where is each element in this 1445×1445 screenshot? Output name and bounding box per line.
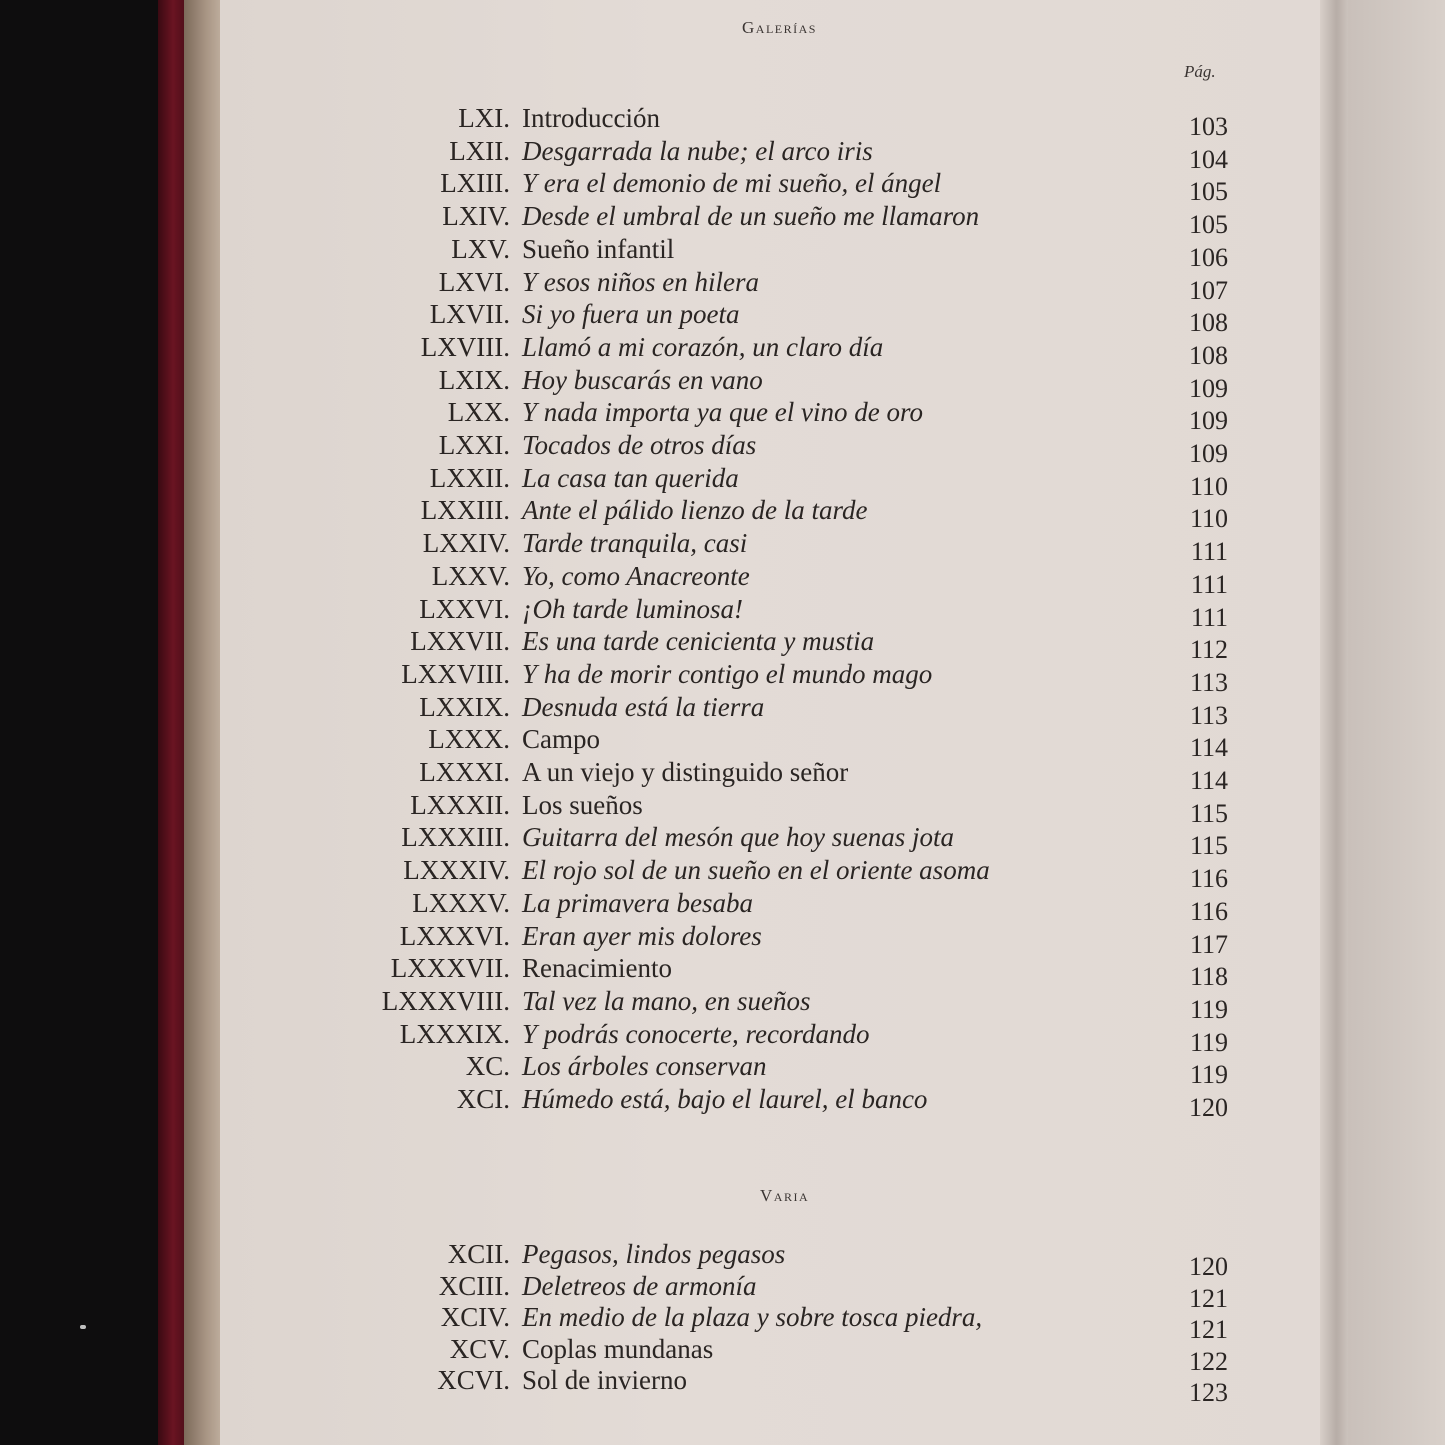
toc-entry: LXVI.Y esos niños en hilera107 <box>0 266 1445 299</box>
toc-entry: LXV.Sueño infantil106 <box>0 233 1445 266</box>
toc-entry: XCI.Húmedo está, bajo el laurel, el banc… <box>0 1083 1445 1116</box>
section-heading-varia: Varia <box>760 1186 809 1206</box>
entry-title: Sol de invierno <box>522 1364 687 1397</box>
toc-entry: LXXIV.Tarde tranquila, casi111 <box>0 527 1445 560</box>
entry-title: Hoy buscarás en vano <box>522 364 763 397</box>
toc-entry: LXXII.La casa tan querida110 <box>0 462 1445 495</box>
entry-title: Y era el demonio de mi sueño, el ángel <box>522 167 941 200</box>
toc-entry: LXXXIII.Guitarra del mesón que hoy suena… <box>0 821 1445 854</box>
entry-title: Es una tarde cenicienta y mustia <box>522 625 874 658</box>
toc-entry: XCV.Coplas mundanas122 <box>0 1333 1445 1366</box>
toc-entry: XCII.Pegasos, lindos pegasos120 <box>0 1238 1445 1271</box>
entry-title: Introducción <box>522 102 660 135</box>
entry-numeral: LXXVII. <box>410 625 510 658</box>
toc-entry: LXXI.Tocados de otros días109 <box>0 429 1445 462</box>
entry-title: Yo, como Anacreonte <box>522 560 750 593</box>
entry-numeral: LXXXVIII. <box>382 985 510 1018</box>
entry-numeral: XCV. <box>450 1333 510 1366</box>
toc-entry: LXIII.Y era el demonio de mi sueño, el á… <box>0 167 1445 200</box>
page-column-label: Pág. <box>1184 62 1216 82</box>
toc-entry: LXXXI.A un viejo y distinguido señor114 <box>0 756 1445 789</box>
entry-title: Eran ayer mis dolores <box>522 920 762 953</box>
entry-title: Y nada importa ya que el vino de oro <box>522 396 923 429</box>
entry-numeral: LXXXIII. <box>401 821 510 854</box>
toc-entry: LXXIII.Ante el pálido lienzo de la tarde… <box>0 494 1445 527</box>
entry-title: Tocados de otros días <box>522 429 756 462</box>
toc-entry: LXXXVII.Renacimiento118 <box>0 952 1445 985</box>
entry-numeral: LXXI. <box>439 429 510 462</box>
entry-numeral: LXIV. <box>442 200 510 233</box>
entry-numeral: LXXXV. <box>412 887 510 920</box>
entry-title: Desnuda está la tierra <box>522 691 764 724</box>
entry-title: Desgarrada la nube; el arco iris <box>522 135 873 168</box>
entry-numeral: XCII. <box>448 1238 510 1271</box>
toc-entry: XC.Los árboles conservan119 <box>0 1050 1445 1083</box>
toc-entry: LXXIX.Desnuda está la tierra113 <box>0 691 1445 724</box>
entry-numeral: XCIII. <box>439 1270 510 1303</box>
entry-title: Desde el umbral de un sueño me llamaron <box>522 200 979 233</box>
entry-title: Guitarra del mesón que hoy suenas jota <box>522 821 954 854</box>
entry-numeral: LXXXIV. <box>403 854 510 887</box>
entry-title: Y esos niños en hilera <box>522 266 759 299</box>
toc-entry: LXXVI.¡Oh tarde luminosa!111 <box>0 593 1445 626</box>
entry-numeral: LXVI. <box>439 266 510 299</box>
entry-title: Renacimiento <box>522 952 672 985</box>
entry-numeral: LXVIII. <box>421 331 510 364</box>
entry-numeral: XC. <box>466 1050 510 1083</box>
entry-title: Sueño infantil <box>522 233 674 266</box>
entry-numeral: LXXXII. <box>410 789 510 822</box>
entry-numeral: LXV. <box>451 233 510 266</box>
toc-entry: LXXVII.Es una tarde cenicienta y mustia1… <box>0 625 1445 658</box>
entry-title: Y podrás conocerte, recordando <box>522 1018 869 1051</box>
toc-entry: LXVII.Si yo fuera un poeta108 <box>0 298 1445 331</box>
entry-numeral: LXXVI. <box>419 593 510 626</box>
entry-numeral: XCVI. <box>437 1364 510 1397</box>
entry-title: Tal vez la mano, en sueños <box>522 985 811 1018</box>
running-head: Galerías <box>742 18 817 38</box>
toc-entry: LXIV.Desde el umbral de un sueño me llam… <box>0 200 1445 233</box>
entry-title: Coplas mundanas <box>522 1333 713 1366</box>
entry-numeral: LXXIV. <box>423 527 510 560</box>
entry-page-number: 123 <box>1160 1376 1228 1409</box>
toc-entry: LXXV.Yo, como Anacreonte111 <box>0 560 1445 593</box>
entry-title: Húmedo está, bajo el laurel, el banco <box>522 1083 927 1116</box>
entry-numeral: LXXVIII. <box>401 658 510 691</box>
toc-entry: LXX.Y nada importa ya que el vino de oro… <box>0 396 1445 429</box>
entry-title: Si yo fuera un poeta <box>522 298 739 331</box>
toc-entry: XCIII.Deletreos de armonía121 <box>0 1270 1445 1303</box>
toc-entry: LXVIII.Llamó a mi corazón, un claro día1… <box>0 331 1445 364</box>
entry-numeral: LXXIII. <box>421 494 510 527</box>
entry-title: Pegasos, lindos pegasos <box>522 1238 785 1271</box>
entry-title: La primavera besaba <box>522 887 753 920</box>
toc-entry: LXI.Introducción103 <box>0 102 1445 135</box>
entry-numeral: LXIII. <box>440 167 510 200</box>
toc-entry: LXXXVIII.Tal vez la mano, en sueños119 <box>0 985 1445 1018</box>
entry-title: El rojo sol de un sueño en el oriente as… <box>522 854 990 887</box>
entry-numeral: LXI. <box>458 102 510 135</box>
toc-entry: LXXXIX.Y podrás conocerte, recordando119 <box>0 1018 1445 1051</box>
entry-title: Deletreos de armonía <box>522 1270 756 1303</box>
entry-title: Los árboles conservan <box>522 1050 767 1083</box>
entry-numeral: LXVII. <box>430 298 510 331</box>
toc-entry: LXIX.Hoy buscarás en vano109 <box>0 364 1445 397</box>
entry-title: Los sueños <box>522 789 643 822</box>
toc-entry: LXXX.Campo114 <box>0 723 1445 756</box>
toc-entry: LXXXV.La primavera besaba116 <box>0 887 1445 920</box>
toc-entry: XCVI.Sol de invierno123 <box>0 1364 1445 1397</box>
toc-entry: LXXVIII.Y ha de morir contigo el mundo m… <box>0 658 1445 691</box>
entry-numeral: XCIV. <box>441 1301 510 1334</box>
entry-numeral: LXII. <box>449 135 510 168</box>
toc-entry: LXXXII.Los sueños115 <box>0 789 1445 822</box>
entry-numeral: LXXXVII. <box>391 952 510 985</box>
toc-entry: XCIV.En medio de la plaza y sobre tosca … <box>0 1301 1445 1334</box>
entry-numeral: LXXXI. <box>419 756 510 789</box>
entry-numeral: LXIX. <box>439 364 510 397</box>
entry-numeral: LXXIX. <box>419 691 510 724</box>
entry-numeral: LXXV. <box>432 560 510 593</box>
entry-numeral: LXXXVI. <box>400 920 510 953</box>
entry-title: A un viejo y distinguido señor <box>522 756 848 789</box>
entry-title: En medio de la plaza y sobre tosca piedr… <box>522 1301 982 1334</box>
entry-title: ¡Oh tarde luminosa! <box>522 593 743 626</box>
entry-title: Y ha de morir contigo el mundo mago <box>522 658 932 691</box>
toc-entry: LXII.Desgarrada la nube; el arco iris104 <box>0 135 1445 168</box>
entry-title: Llamó a mi corazón, un claro día <box>522 331 883 364</box>
entry-numeral: LXX. <box>448 396 510 429</box>
entry-numeral: LXXXIX. <box>400 1018 510 1051</box>
entry-page-number: 120 <box>1160 1091 1228 1124</box>
entry-title: Campo <box>522 723 600 756</box>
toc-entry: LXXXIV.El rojo sol de un sueño en el ori… <box>0 854 1445 887</box>
entry-title: La casa tan querida <box>522 462 739 495</box>
entry-numeral: XCI. <box>457 1083 510 1116</box>
toc-entry: LXXXVI.Eran ayer mis dolores117 <box>0 920 1445 953</box>
entry-numeral: LXXX. <box>428 723 510 756</box>
entry-numeral: LXXII. <box>430 462 510 495</box>
entry-title: Ante el pálido lienzo de la tarde <box>522 494 867 527</box>
entry-title: Tarde tranquila, casi <box>522 527 747 560</box>
